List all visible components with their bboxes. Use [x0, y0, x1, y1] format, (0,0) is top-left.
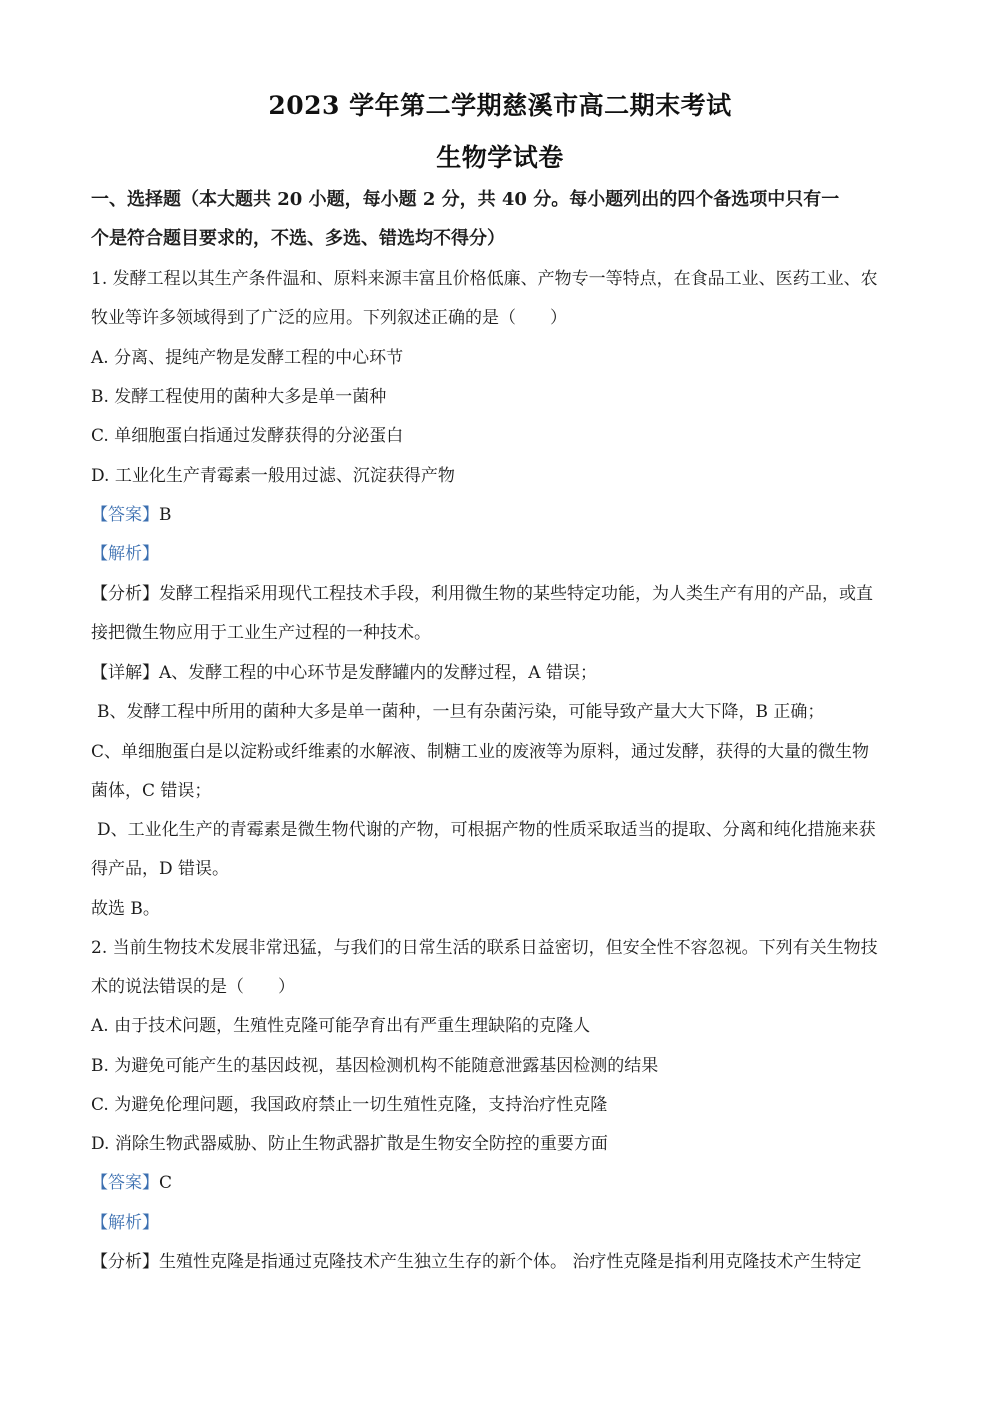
- fenxi-label: 【分析】: [91, 584, 159, 604]
- q1-xiangjie-line2: B、发酵工程中所用的菌种大多是单一菌种，一旦有杂菌污染，可能导致产量大大下降，B…: [97, 700, 824, 724]
- q2-option-b: B. 为避免可能产生的基因歧视，基因检测机构不能随意泄露基因检测的结果: [91, 1054, 658, 1078]
- q1-xiangjie-line4: 菌体，C 错误；: [91, 779, 211, 803]
- q1-option-d: D. 工业化生产青霉素一般用过滤、沉淀获得产物: [91, 464, 455, 488]
- q1-xiangjie-line5: D、工业化生产的青霉素是微生物代谢的产物，可根据产物的性质采取适当的提取、分离和…: [97, 818, 876, 842]
- q1-xiangjie-line6: 得产品，D 错误。: [91, 857, 229, 881]
- q1-stem-line1: 1. 发酵工程以其生产条件温和、原料来源丰富且价格低廉、产物专一等特点，在食品工…: [91, 267, 878, 291]
- answer-label: 【答案】: [91, 505, 159, 525]
- fenxi-label: 【分析】: [91, 1252, 159, 1272]
- q1-analysis: 【解析】: [91, 542, 159, 566]
- q1-option-a: A. 分离、提纯产物是发酵工程的中心环节: [91, 346, 403, 370]
- section-heading-line1: 一、选择题（本大题共 20 小题，每小题 2 分，共 40 分。每小题列出的四个…: [91, 188, 839, 212]
- fenxi-text: 发酵工程指采用现代工程技术手段，利用微生物的某些特定功能，为人类生产有用的产品，…: [159, 584, 873, 604]
- answer-value: C: [159, 1173, 172, 1193]
- q1-fenxi-line2: 接把微生物应用于工业生产过程的一种技术。: [91, 621, 431, 645]
- exam-title: 2023 学年第二学期慈溪市高二期末考试: [0, 86, 1000, 122]
- section-heading-line2: 个是符合题目要求的，不选、多选、错选均不得分）: [91, 227, 505, 251]
- analysis-label: 【解析】: [91, 1213, 159, 1233]
- q2-stem-line2: 术的说法错误的是（ ）: [91, 975, 295, 999]
- q1-xiangjie-line1: 【详解】A、发酵工程的中心环节是发酵罐内的发酵过程，A 错误；: [91, 661, 597, 685]
- q1-stem-line2: 牧业等许多领域得到了广泛的应用。下列叙述正确的是（ ）: [91, 306, 567, 330]
- analysis-label: 【解析】: [91, 544, 159, 564]
- q1-fenxi-line1: 【分析】发酵工程指采用现代工程技术手段，利用微生物的某些特定功能，为人类生产有用…: [91, 582, 873, 606]
- q2-option-a: A. 由于技术问题，生殖性克隆可能孕育出有严重生理缺陷的克隆人: [91, 1014, 590, 1038]
- answer-value: B: [159, 505, 172, 525]
- q2-answer: 【答案】C: [91, 1171, 172, 1195]
- q2-fenxi-line1: 【分析】生殖性克隆是指通过克隆技术产生独立生存的新个体。 治疗性克隆是指利用克隆…: [91, 1250, 861, 1274]
- xiangjie-label: 【详解】: [91, 663, 159, 683]
- xiangjie-text: A、发酵工程的中心环节是发酵罐内的发酵过程，A 错误；: [159, 663, 597, 683]
- q1-option-c: C. 单细胞蛋白指通过发酵获得的分泌蛋白: [91, 424, 403, 448]
- answer-label: 【答案】: [91, 1173, 159, 1193]
- q2-analysis: 【解析】: [91, 1211, 159, 1235]
- q1-xiangjie-line3: C、单细胞蛋白是以淀粉或纤维素的水解液、制糖工业的废液等为原料，通过发酵，获得的…: [91, 740, 869, 764]
- q1-option-b: B. 发酵工程使用的菌种大多是单一菌种: [91, 385, 386, 409]
- q2-option-c: C. 为避免伦理问题，我国政府禁止一切生殖性克隆，支持治疗性克隆: [91, 1093, 607, 1117]
- q2-stem-line1: 2. 当前生物技术发展非常迅猛，与我们的日常生活的联系日益密切，但安全性不容忽视…: [91, 936, 878, 960]
- exam-page: 2023 学年第二学期慈溪市高二期末考试 生物学试卷 一、选择题（本大题共 20…: [0, 0, 1000, 1414]
- q2-option-d: D. 消除生物武器威胁、防止生物武器扩散是生物安全防控的重要方面: [91, 1132, 608, 1156]
- exam-subtitle: 生物学试卷: [0, 138, 1000, 174]
- fenxi-text: 生殖性克隆是指通过克隆技术产生独立生存的新个体。 治疗性克隆是指利用克隆技术产生…: [159, 1252, 861, 1272]
- q1-conclusion: 故选 B。: [91, 897, 160, 921]
- q1-answer: 【答案】B: [91, 503, 172, 527]
